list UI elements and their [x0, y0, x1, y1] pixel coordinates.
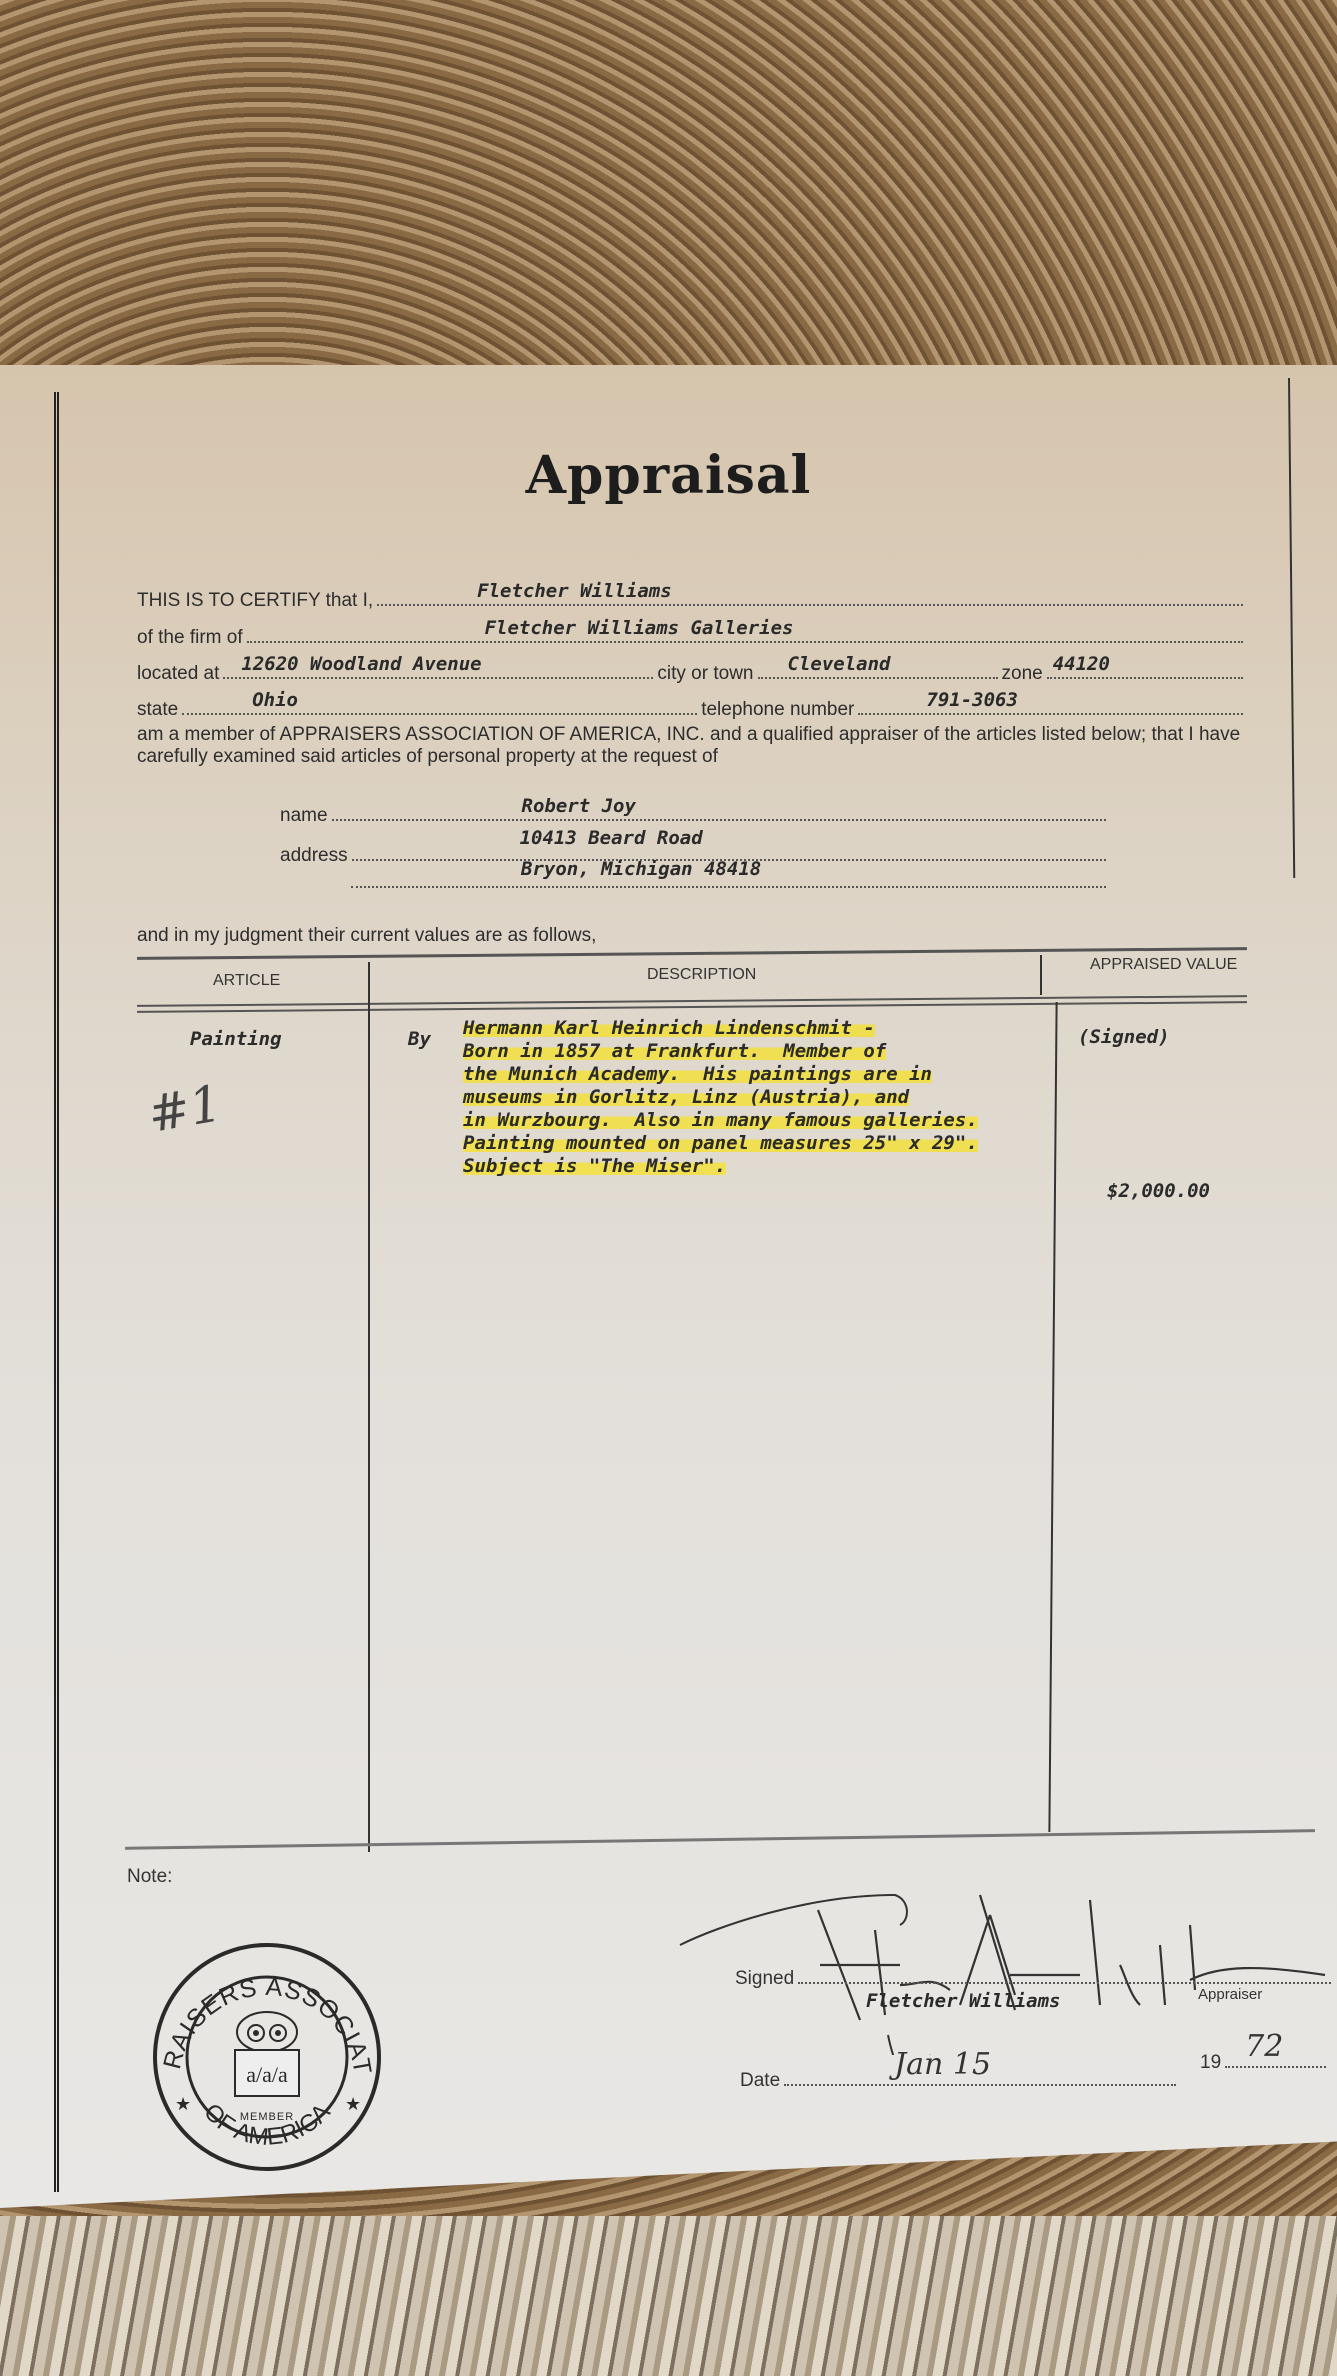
- client-name-label: name: [280, 805, 328, 827]
- signed-label: Signed: [735, 1968, 794, 1990]
- column-divider-1: [368, 962, 370, 1852]
- description-prefix: By: [408, 1028, 431, 1051]
- client-address-line2: Bryon, Michigan 48418: [521, 858, 761, 880]
- svg-text:OF AMERICA: OF AMERICA: [198, 2098, 335, 2151]
- date-label: Date: [740, 2070, 780, 2092]
- header-description: DESCRIPTION: [647, 966, 756, 984]
- date-handwritten: Jan 15: [894, 2047, 991, 2082]
- judgment-statement: and in my judgment their current values …: [137, 925, 1247, 947]
- year-prefix: 19: [1200, 2052, 1221, 2074]
- address-value: 12620 Woodland Avenue: [241, 653, 481, 675]
- seal-member-text: MEMBER: [240, 2111, 294, 2123]
- seal-book-text: a/a/a: [246, 2062, 288, 2087]
- header-article: ARTICLE: [213, 972, 280, 990]
- client-address-row-2: Bryon, Michigan 48418: [347, 885, 1110, 888]
- address-field: 12620 Woodland Avenue: [223, 676, 653, 679]
- date-line: Jan 15: [784, 2083, 1176, 2086]
- city-value: Cleveland: [788, 653, 891, 675]
- city-label: city or town: [657, 663, 753, 685]
- city-field: Cleveland: [758, 676, 998, 679]
- client-address-line1: 10413 Beard Road: [520, 827, 703, 849]
- telephone-value: 791-3063: [926, 689, 1018, 711]
- state-label: state: [137, 699, 178, 721]
- zone-label: zone: [1002, 663, 1043, 685]
- membership-statement: am a member of APPRAISERS ASSOCIATION OF…: [137, 724, 1247, 768]
- column-divider-2-head: [1040, 955, 1042, 995]
- client-name-field: Robert Joy: [332, 818, 1106, 821]
- seal-bottom-text: OF AMERICA: [198, 2098, 335, 2151]
- zone-value: 44120: [1053, 653, 1110, 675]
- location-row: located at 12620 Woodland Avenue city or…: [137, 663, 1247, 685]
- description-line: museums in Gorlitz, Linz (Austria), and: [463, 1086, 909, 1109]
- telephone-label: telephone number: [701, 699, 854, 721]
- left-margin-rule: [54, 392, 59, 2192]
- year-row: 19 72: [1200, 2052, 1330, 2074]
- document-title: Appraisal: [0, 445, 1337, 506]
- appraiser-name-value: Fletcher Williams: [477, 580, 671, 602]
- certify-label: THIS IS TO CERTIFY that I,: [137, 590, 373, 612]
- appraiser-name-field: Fletcher Williams: [377, 603, 1243, 606]
- telephone-field: 791-3063: [858, 712, 1243, 715]
- zone-field: 44120: [1047, 676, 1243, 679]
- signature-line: [798, 1981, 1331, 1984]
- client-name-value: Robert Joy: [522, 795, 636, 817]
- state-value: Ohio: [252, 689, 298, 711]
- year-line: 72: [1225, 2065, 1326, 2068]
- description-line: Painting mounted on panel measures 25" x…: [463, 1132, 978, 1155]
- firm-row: of the firm of Fletcher Williams Galleri…: [137, 627, 1247, 649]
- firm-name-value: Fletcher Williams Galleries: [485, 617, 794, 639]
- state-field: Ohio: [182, 712, 697, 715]
- firm-label: of the firm of: [137, 627, 243, 649]
- svg-text:★: ★: [175, 2094, 191, 2114]
- aaa-member-seal-icon: APPRAISERS ASSOCIATION OF AMERICA ★ ★ a/…: [150, 1940, 384, 2174]
- appraiser-label: Appraiser: [1198, 1986, 1262, 2003]
- certify-row: THIS IS TO CERTIFY that I, Fletcher Will…: [137, 590, 1247, 612]
- description-line: Subject is "The Miser".: [463, 1155, 726, 1178]
- description-line: in Wurzbourg. Also in many famous galler…: [463, 1109, 978, 1132]
- header-appraised-value: APPRAISED VALUE: [1090, 956, 1237, 974]
- description-line: Born in 1857 at Frankfurt. Member of: [463, 1040, 886, 1063]
- date-row: Date Jan 15: [740, 2070, 1180, 2092]
- signed-note: (Signed): [1078, 1026, 1170, 1049]
- located-label: located at: [137, 663, 219, 685]
- appraised-value: $2,000.00: [1107, 1180, 1210, 1203]
- article-cell: Painting: [190, 1028, 282, 1051]
- description-line: the Munich Academy. His paintings are in: [463, 1063, 932, 1086]
- state-row: state Ohio telephone number 791-3063: [137, 699, 1247, 721]
- client-name-row: name Robert Joy: [280, 805, 1110, 827]
- year-handwritten: 72: [1245, 2029, 1283, 2064]
- description-line: Hermann Karl Heinrich Lindenschmit -: [463, 1017, 875, 1040]
- client-address-label: address: [280, 845, 348, 867]
- client-address-field-2: Bryon, Michigan 48418: [351, 885, 1106, 888]
- firm-name-field: Fletcher Williams Galleries: [247, 640, 1243, 643]
- svg-text:★: ★: [345, 2094, 361, 2114]
- note-label: Note:: [127, 1866, 172, 1888]
- carpet-background: [0, 2216, 1337, 2376]
